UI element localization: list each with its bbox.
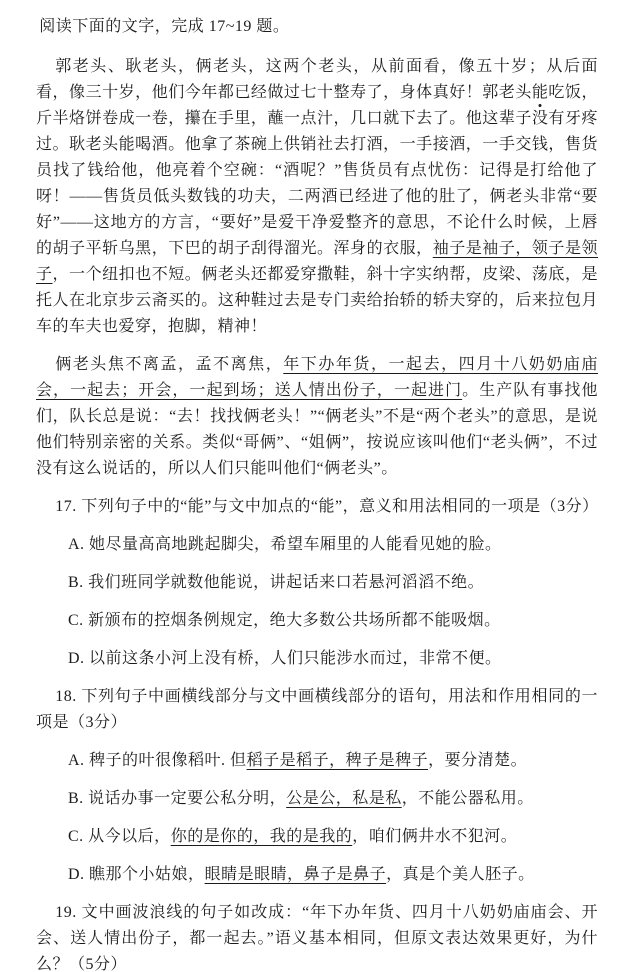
- question-17-option-a: A. 她尽量高高地跳起脚尖，希望车厢里的人能看见她的脸。: [36, 532, 598, 558]
- text-segment: ，一个纽扣也不短。俩老头还都爱穿撒鞋，斜十字实纳帮，皮梁、荡底，是托人在北京步云…: [36, 266, 598, 335]
- text-segment: C. 从今以后，: [68, 828, 171, 845]
- text-segment: ，咱们俩井水不犯河。: [352, 828, 517, 845]
- document-body: 阅读下面的文字，完成 17~19 题。郭老头、耿老头，俩老头，这两个老头，从前面…: [0, 0, 626, 972]
- text-segment: D. 以前这条小河上没有桥，人们只能涉水而过，非常不便。: [68, 650, 502, 667]
- question-18-option-a: A. 稗子的叶很像稻叶. 但稻子是稻子，稗子是稗子，要分清楚。: [36, 748, 598, 774]
- text-segment-underline: 眼睛是眼睛，鼻子是鼻子: [205, 866, 387, 883]
- question-17-stem: 17. 下列句子中的“能”与文中加点的“能”，意义和用法相同的一项是（3分）: [36, 494, 598, 520]
- passage-paragraph-1: 郭老头、耿老头，俩老头，这两个老头，从前面看，像五十岁；从后面看，像三十岁，他们…: [36, 54, 598, 340]
- question-18-option-c: C. 从今以后，你的是你的，我的是我的，咱们俩井水不犯河。: [36, 824, 598, 850]
- text-segment: 郭老头、耿老头，俩老头，这两个老头，从前面看，像五十岁；从后面看，像三十岁，他们…: [36, 58, 598, 101]
- text-segment: A. 她尽量高高地跳起脚尖，希望车厢里的人能看见她的脸。: [68, 536, 502, 553]
- reading-instruction: 阅读下面的文字，完成 17~19 题。: [36, 14, 598, 40]
- passage-paragraph-2: 俩老头焦不离孟，孟不离焦，年下办年货，一起去，四月十八奶奶庙庙会，一起去；开会，…: [36, 352, 598, 482]
- text-segment: D. 瞧那个小姑娘，: [68, 866, 205, 883]
- question-18-stem: 18. 下列句子中画横线部分与文中画横线部分的语句，用法和作用相同的一项是（3分…: [36, 684, 598, 736]
- text-segment: 17. 下列句子中的“能”与文中加点的“能”，意义和用法相同的一项是（3分）: [55, 498, 598, 515]
- text-segment-dot: 能: [532, 84, 549, 101]
- text-segment: ，真是个美人胚子。: [386, 866, 535, 883]
- text-segment: ，不能公器私用。: [402, 790, 534, 807]
- question-17-option-b: B. 我们班同学就数他能说，讲起话来口若悬河滔滔不绝。: [36, 570, 598, 596]
- text-segment-underline: 稻子是稻子，稗子是稗子: [247, 752, 429, 769]
- text-segment: 阅读下面的文字，完成 17~19 题。: [39, 18, 289, 35]
- question-18-option-d: D. 瞧那个小姑娘，眼睛是眼睛，鼻子是鼻子，真是个美人胚子。: [36, 862, 598, 888]
- question-18-option-b: B. 说话办事一定要公私分明，公是公，私是私，不能公器私用。: [36, 786, 598, 812]
- text-segment: 19. 文中画波浪线的句子如改成：“年下办年货、四月十八奶奶庙庙会、开会、送人情…: [36, 904, 598, 972]
- text-segment: 18. 下列句子中画横线部分与文中画横线部分的语句，用法和作用相同的一项是（3分…: [36, 688, 598, 731]
- text-segment: B. 我们班同学就数他能说，讲起话来口若悬河滔滔不绝。: [68, 574, 484, 591]
- question-17-option-c: C. 新颁布的控烟条例规定，绝大多数公共场所都不能吸烟。: [36, 608, 598, 634]
- text-segment-underline: 你的是你的，我的是我的: [171, 828, 353, 845]
- text-segment: ，要分清楚。: [428, 752, 527, 769]
- text-segment: 俩老头焦不离孟，孟不离焦，: [55, 356, 283, 373]
- question-17-option-d: D. 以前这条小河上没有桥，人们只能涉水而过，非常不便。: [36, 646, 598, 672]
- text-segment: B. 说话办事一定要公私分明，: [68, 790, 286, 807]
- text-segment-underline: 公是公，私是私: [286, 790, 402, 807]
- text-segment: C. 新颁布的控烟条例规定，绝大多数公共场所都不能吸烟。: [68, 612, 501, 629]
- text-segment: 吃饭，斤半烙饼卷成一卷，攥在手里，蘸一点汁，几口就下去了。他这辈子没有牙疼过。耿…: [36, 84, 598, 257]
- text-segment: A. 稗子的叶很像稻叶. 但: [68, 752, 247, 769]
- question-19-stem: 19. 文中画波浪线的句子如改成：“年下办年货、四月十八奶奶庙庙会、开会、送人情…: [36, 900, 598, 972]
